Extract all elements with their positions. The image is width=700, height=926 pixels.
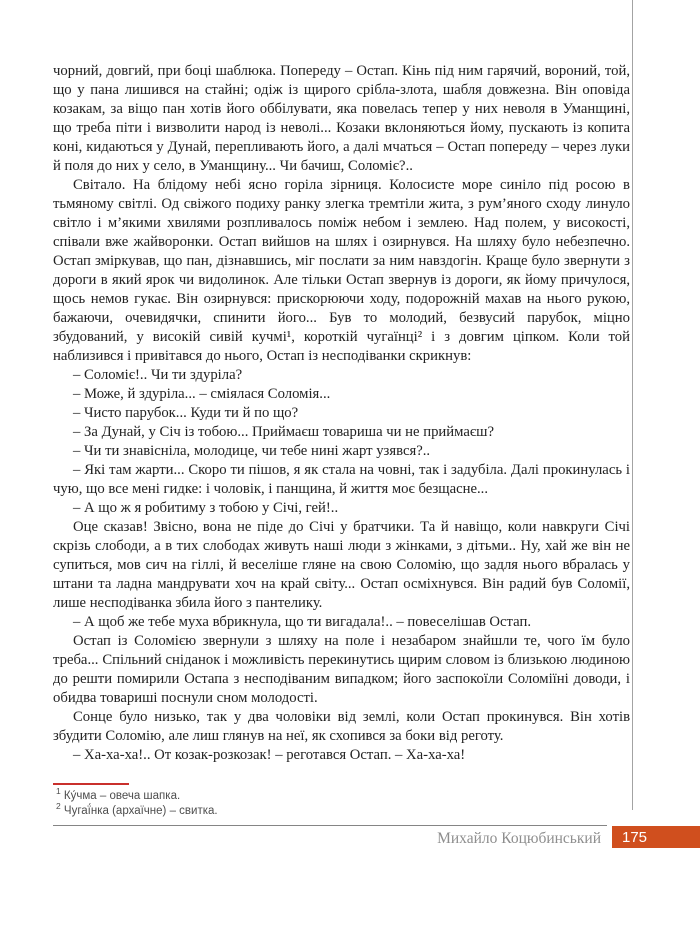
footnote: 1 Ку́чма – овеча шапка. <box>56 789 616 804</box>
paragraph: – Ха-ха-ха!.. От козак-розкозак! – регот… <box>53 746 630 765</box>
page-number: 175 <box>622 829 647 846</box>
footnote: 2 Чугаї́нка (архаїчне) – свитка. <box>56 804 616 819</box>
footer-author: Михайло Коцюбинський <box>53 830 601 848</box>
paragraph: Оце сказав! Звісно, вона не піде до Січі… <box>53 518 630 613</box>
page-number-badge: 175 <box>612 826 700 848</box>
paragraph: – За Дунай, у Січ із тобою... Приймаєш т… <box>53 423 630 442</box>
footnote-text: Ку́чма – овеча шапка. <box>61 790 180 802</box>
footnote-divider <box>53 783 129 785</box>
page-edge-line <box>632 0 633 810</box>
footnote-text: Чугаї́нка (архаїчне) – свитка. <box>61 805 218 817</box>
story-text: чорний, довгий, при боці шаблюка. Попере… <box>53 62 630 784</box>
paragraph: – Які там жарти... Скоро ти пішов, я як … <box>53 461 630 499</box>
paragraph: – Може, й здуріла... – сміялася Соломія.… <box>53 385 630 404</box>
paragraph: – А щоб же тебе муха вбрикнула, що ти ви… <box>53 613 630 632</box>
paragraph: Остап із Соломією звернули з шляху на по… <box>53 632 630 708</box>
paragraph: Сонце було низько, так у два чоловіки ві… <box>53 708 630 746</box>
paragraph: – Чи ти знавісніла, молодице, чи тебе ни… <box>53 442 630 461</box>
paragraph: – А що ж я робитиму з тобою у Січі, гей!… <box>53 499 630 518</box>
paragraph: чорний, довгий, при боці шаблюка. Попере… <box>53 62 630 176</box>
footnotes: 1 Ку́чма – овеча шапка.2 Чугаї́нка (арха… <box>56 789 616 819</box>
paragraph: – Чисто парубок... Куди ти й по що? <box>53 404 630 423</box>
paragraph: Світало. На блідому небі ясно горіла зір… <box>53 176 630 366</box>
paragraph: – Соломіє!.. Чи ти здуріла? <box>53 366 630 385</box>
footer-divider <box>53 825 607 826</box>
book-page: чорний, довгий, при боці шаблюка. Попере… <box>0 0 700 926</box>
